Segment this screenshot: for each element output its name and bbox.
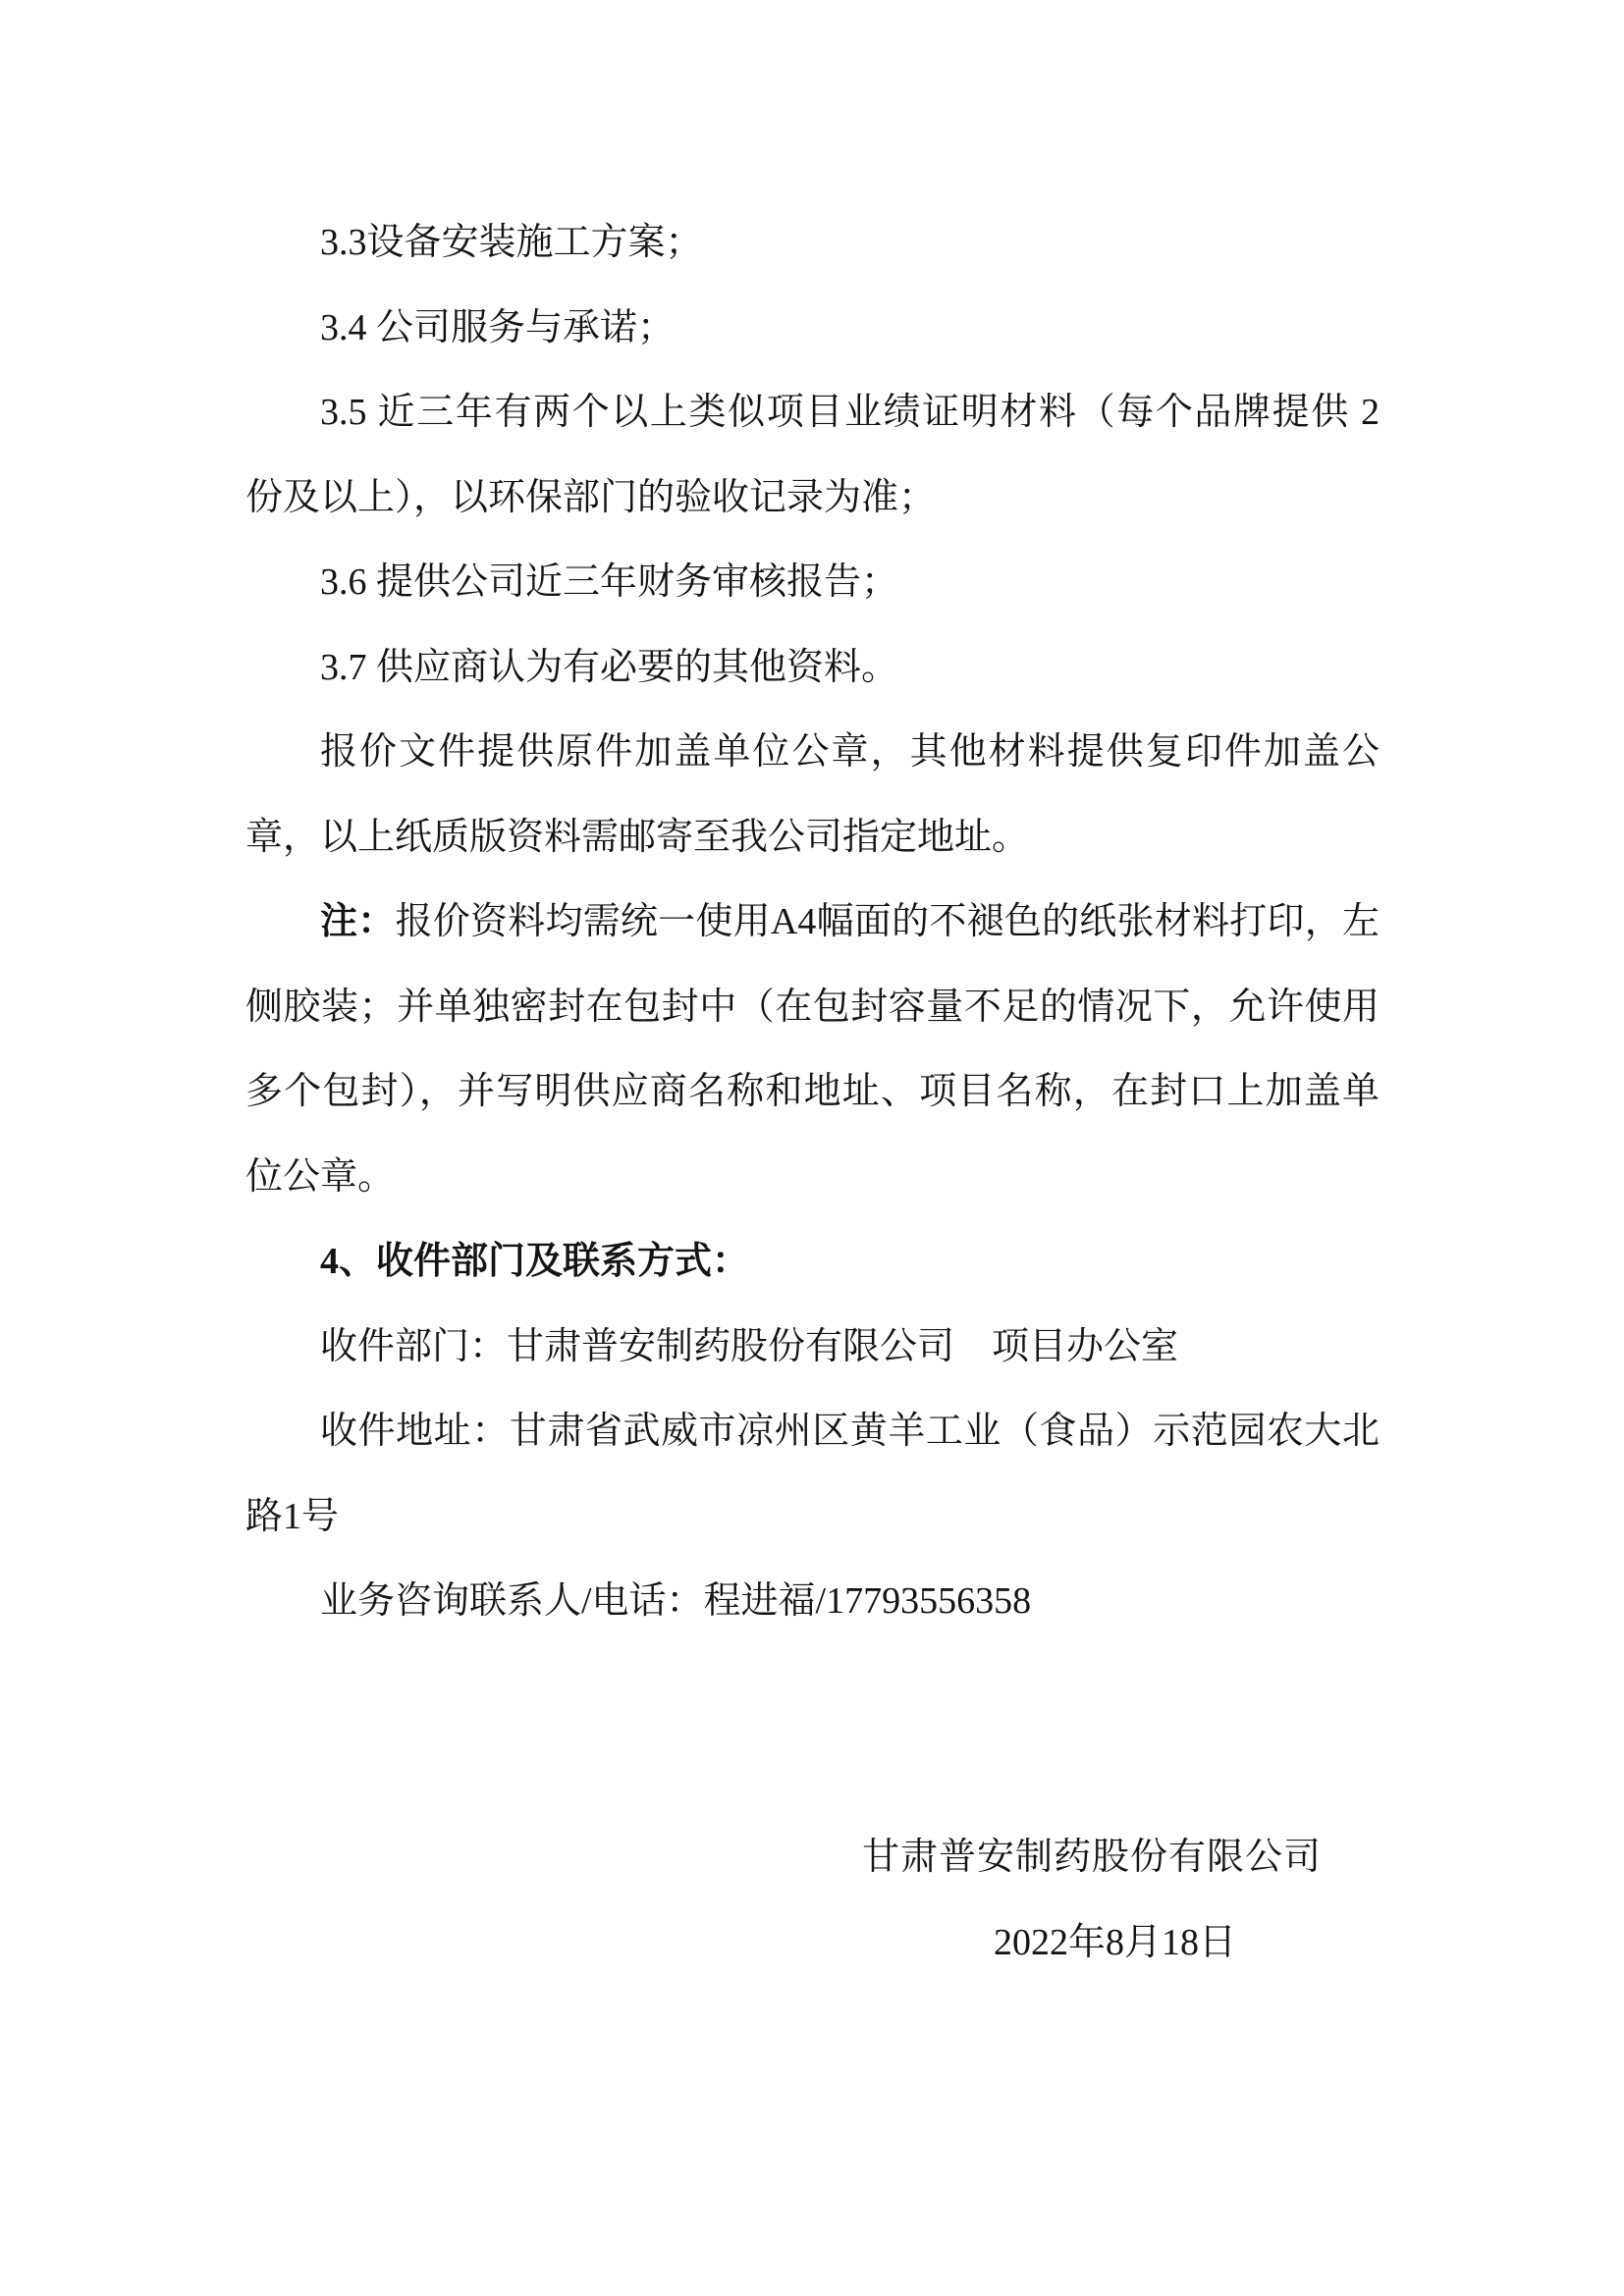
body-line: 路1号 [245,1474,1380,1560]
body-line: 3.7 供应商认为有必要的其他资料。 [245,625,1380,711]
body-line: 收件地址：甘肃省武威市凉州区黄羊工业（食品）示范园农大北 [245,1389,1380,1474]
body-line: 报价文件提供原件加盖单位公章，其他材料提供复印件加盖公 [245,710,1380,795]
note-label: 注： [320,901,395,942]
body-line: 多个包封），并写明供应商名称和地址、项目名称，在封口上加盖单 [245,1049,1380,1135]
body-line: 侧胶装；并单独密封在包封中（在包封容量不足的情况下，允许使用 [245,965,1380,1050]
body-line: 3.4 公司服务与承诺； [245,286,1380,371]
body-line: 3.6 提供公司近三年财务审核报告； [245,540,1380,625]
body-line: 章，以上纸质版资料需邮寄至我公司指定地址。 [245,795,1380,881]
signature-company: 甘肃普安制药股份有限公司 [862,1815,1322,1900]
body-line: 位公章。 [245,1135,1380,1220]
body-line: 4、收件部门及联系方式： [245,1219,1380,1305]
body-line: 份及以上），以环保部门的验收记录为准； [245,455,1380,541]
body-line: 3.3设备安装施工方案； [245,200,1380,286]
body-lines: 3.3设备安装施工方案；3.4 公司服务与承诺；3.5 近三年有两个以上类似项目… [245,200,1380,1644]
signature-date: 2022年8月18日 [994,1900,1236,1986]
body-line: 注：报价资料均需统一使用A4幅面的不褪色的纸张材料打印，左 [245,880,1380,965]
body-line: 业务咨询联系人/电话：程进福/17793556358 [245,1559,1380,1644]
body-line: 3.5 近三年有两个以上类似项目业绩证明材料（每个品牌提供 2 [245,370,1380,455]
document-page: 3.3设备安装施工方案；3.4 公司服务与承诺；3.5 近三年有两个以上类似项目… [0,0,1624,2296]
body-line: 收件部门：甘肃普安制药股份有限公司 项目办公室 [245,1305,1380,1390]
